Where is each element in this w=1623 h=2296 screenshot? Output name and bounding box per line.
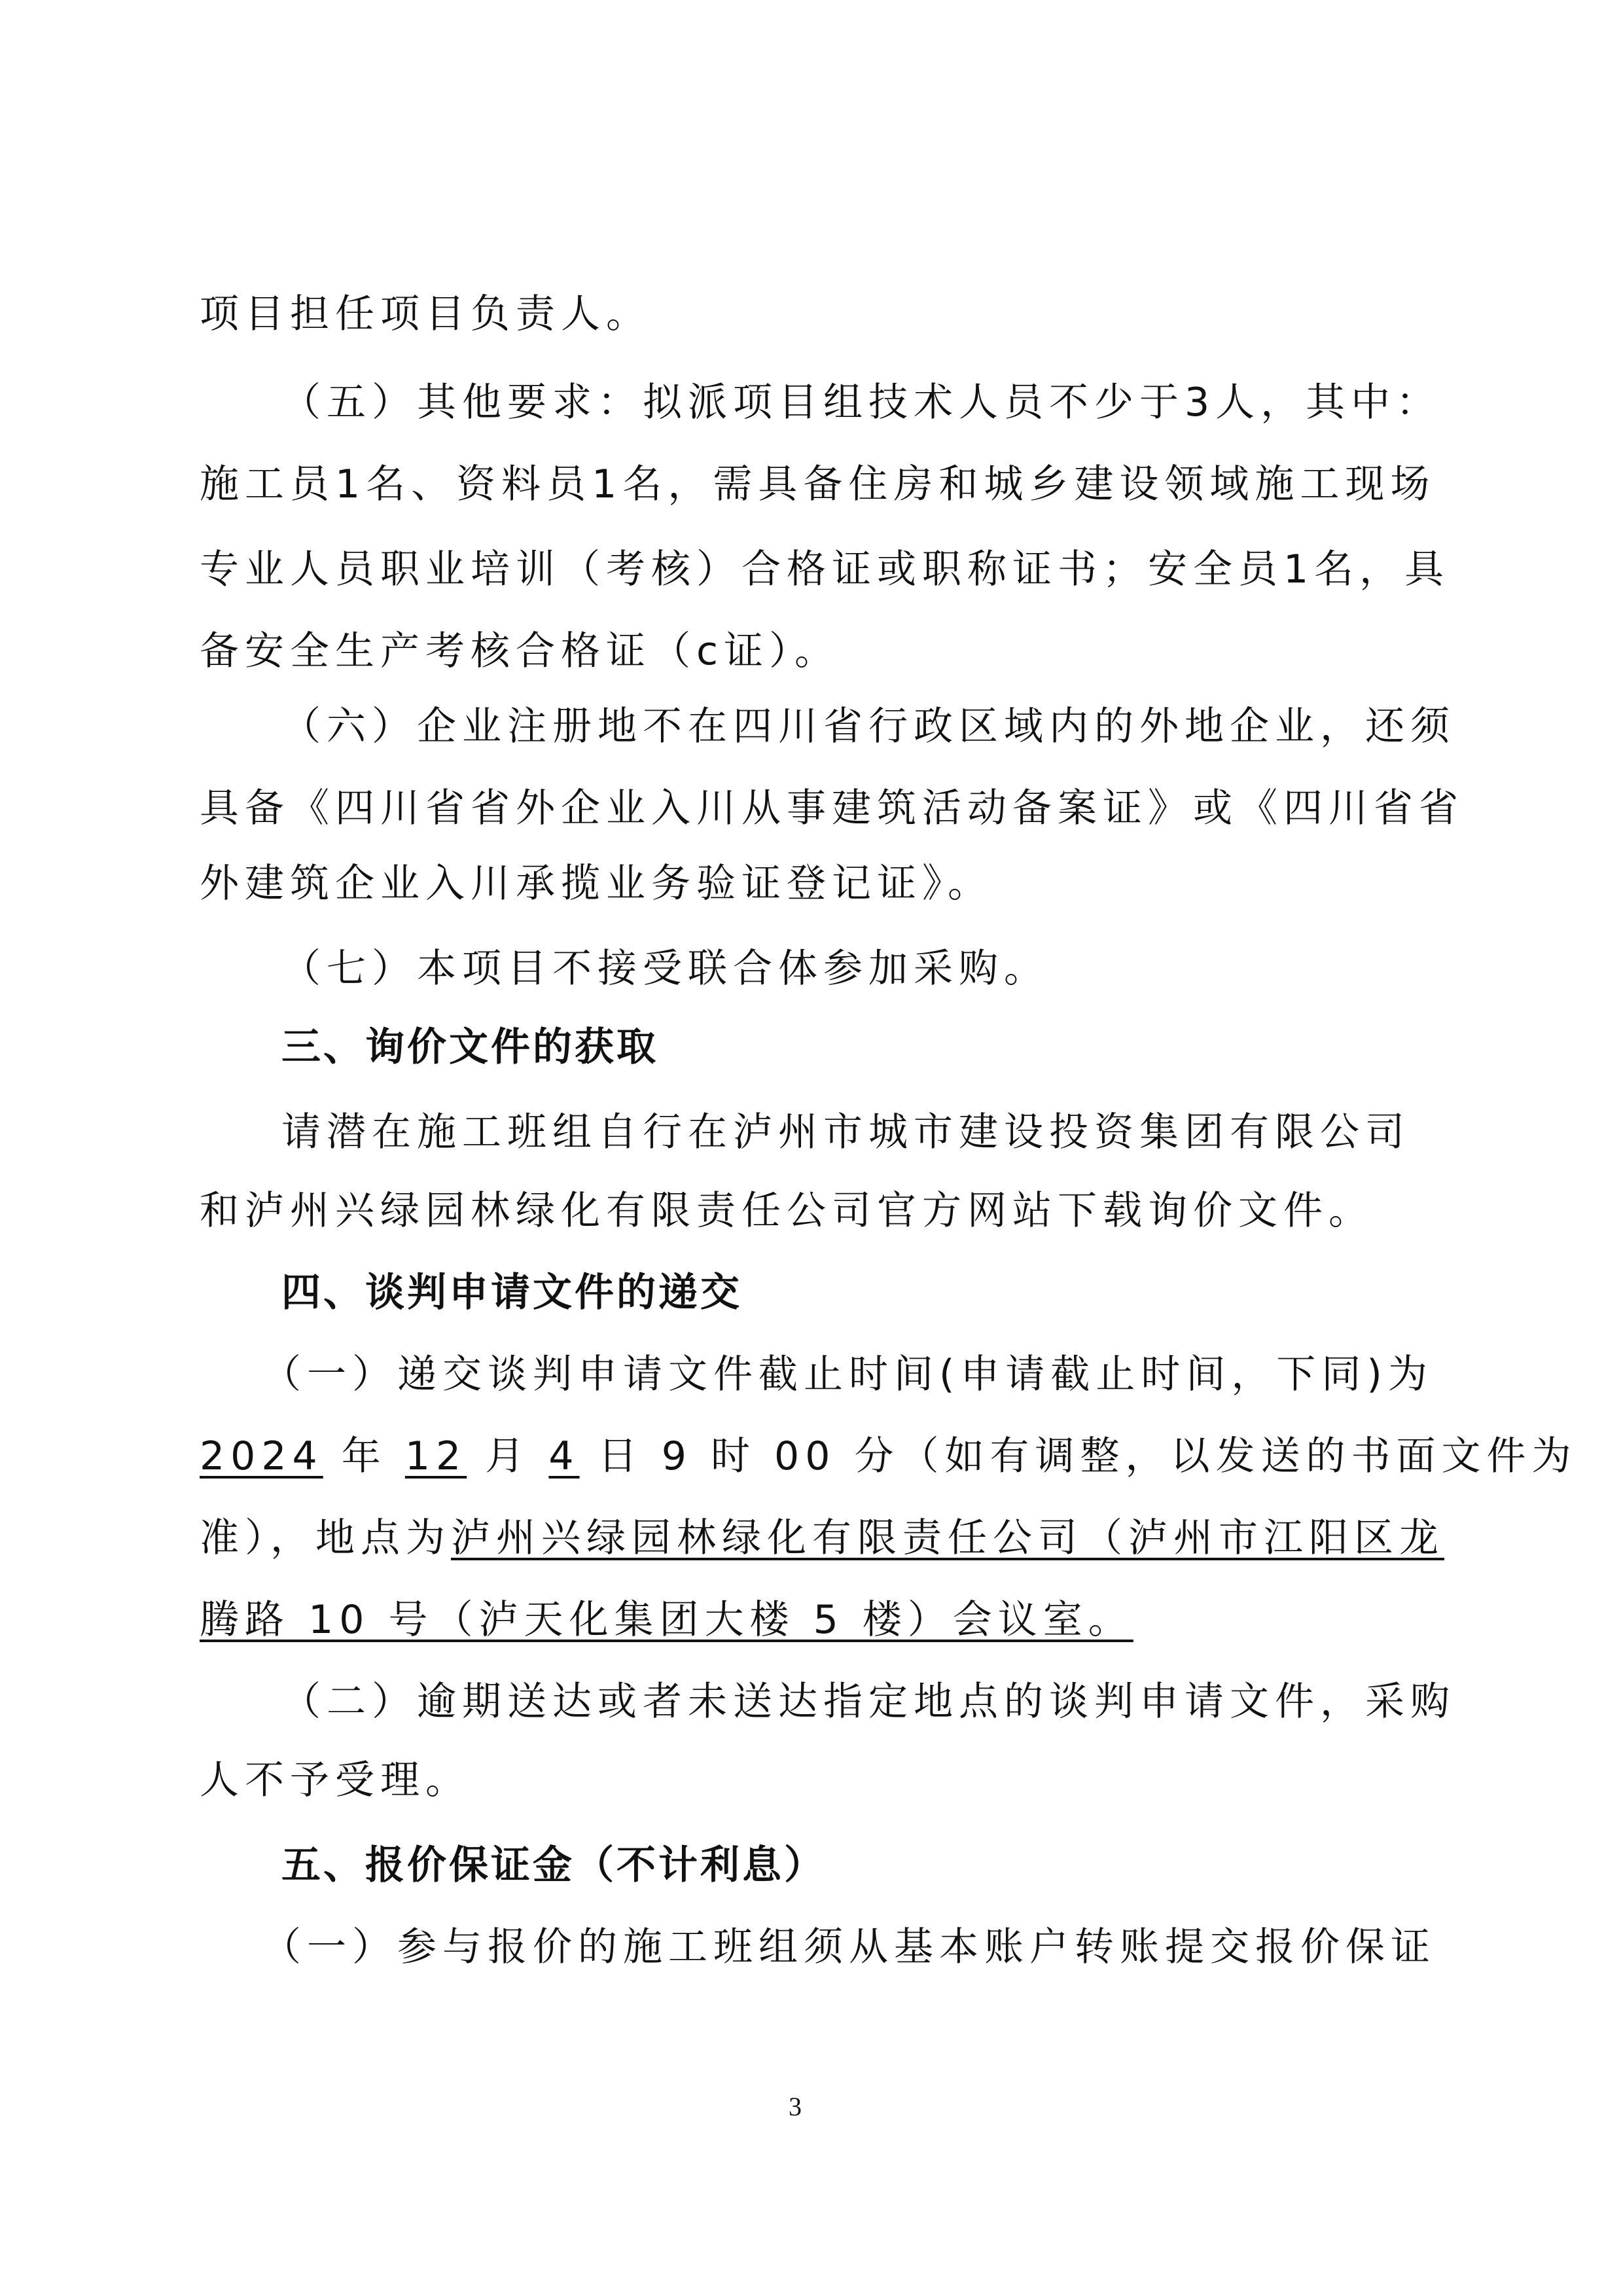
text: 年 bbox=[323, 1433, 405, 1479]
paragraph-line: 专业人员职业培训（考核）合格证或职称证书；安全员1名，具 bbox=[200, 543, 1430, 596]
paragraph-line: 人不予受理。 bbox=[200, 1754, 1430, 1806]
deadline-line: 2024 年 12 月 4 日 9 时 00 分（如有调整，以发送的书面文件为 bbox=[200, 1430, 1430, 1482]
paragraph-line: 请潜在施工班组自行在泸州市城市建设投资集团有限公司 bbox=[281, 1106, 1430, 1158]
paragraph-line: 具备《四川省省外企业入川从事建筑活动备案证》或《四川省省 bbox=[200, 782, 1430, 834]
location-underlined: 泸州兴绿园林绿化有限责任公司（泸州市江阳区龙 bbox=[451, 1515, 1444, 1561]
location-line: 准），地点为泸州兴绿园林绿化有限责任公司（泸州市江阳区龙 bbox=[200, 1512, 1430, 1564]
paragraph-line: （五）其他要求：拟派项目组技术人员不少于3人，其中： bbox=[281, 376, 1430, 429]
paragraph-line: 和泸州兴绿园林绿化有限责任公司官方网站下载询价文件。 bbox=[200, 1185, 1430, 1237]
paragraph-line: （七）本项目不接受联合体参加采购。 bbox=[281, 942, 1430, 995]
paragraph-line: 备安全生产考核合格证（c证）。 bbox=[200, 625, 1430, 677]
paragraph-line: （一）参与报价的施工班组须从基本账户转账提交报价保证 bbox=[262, 1921, 1430, 1973]
paragraph-line: （六）企业注册地不在四川省行政区域内的外地企业，还须 bbox=[281, 700, 1430, 753]
deadline-year: 2024 bbox=[200, 1433, 323, 1479]
paragraph-line: 项目担任项目负责人。 bbox=[200, 288, 1430, 340]
text: 准），地点为 bbox=[200, 1515, 451, 1561]
location-line: 腾路 10 号（泸天化集团大楼 5 楼）会议室。 bbox=[200, 1594, 1430, 1646]
section-heading: 五、报价保证金（不计利息） bbox=[281, 1839, 1430, 1892]
paragraph-line: 外建筑企业入川承揽业务验证登记证》。 bbox=[200, 857, 1430, 910]
location-underlined: 腾路 10 号（泸天化集团大楼 5 楼）会议室。 bbox=[200, 1597, 1133, 1643]
deadline-day: 4 bbox=[548, 1433, 579, 1479]
section-heading: 三、询价文件的获取 bbox=[281, 1021, 1430, 1073]
text: 日 9 时 00 分（如有调整，以发送的书面文件为 bbox=[580, 1433, 1577, 1479]
page-number: 3 bbox=[789, 2091, 802, 2122]
section-heading: 四、谈判申请文件的递交 bbox=[281, 1266, 1430, 1319]
paragraph-line: （一）递交谈判申请文件截止时间(申请截止时间，下同)为 bbox=[262, 1348, 1430, 1401]
paragraph-line: 施工员1名、资料员1名，需具备住房和城乡建设领域施工现场 bbox=[200, 458, 1430, 511]
text: 月 bbox=[467, 1433, 548, 1479]
document-page: 项目担任项目负责人。 （五）其他要求：拟派项目组技术人员不少于3人，其中： 施工… bbox=[0, 0, 1623, 2296]
deadline-month: 12 bbox=[405, 1433, 467, 1479]
paragraph-line: （二）逾期送达或者未送达指定地点的谈判申请文件，采购 bbox=[281, 1676, 1430, 1728]
